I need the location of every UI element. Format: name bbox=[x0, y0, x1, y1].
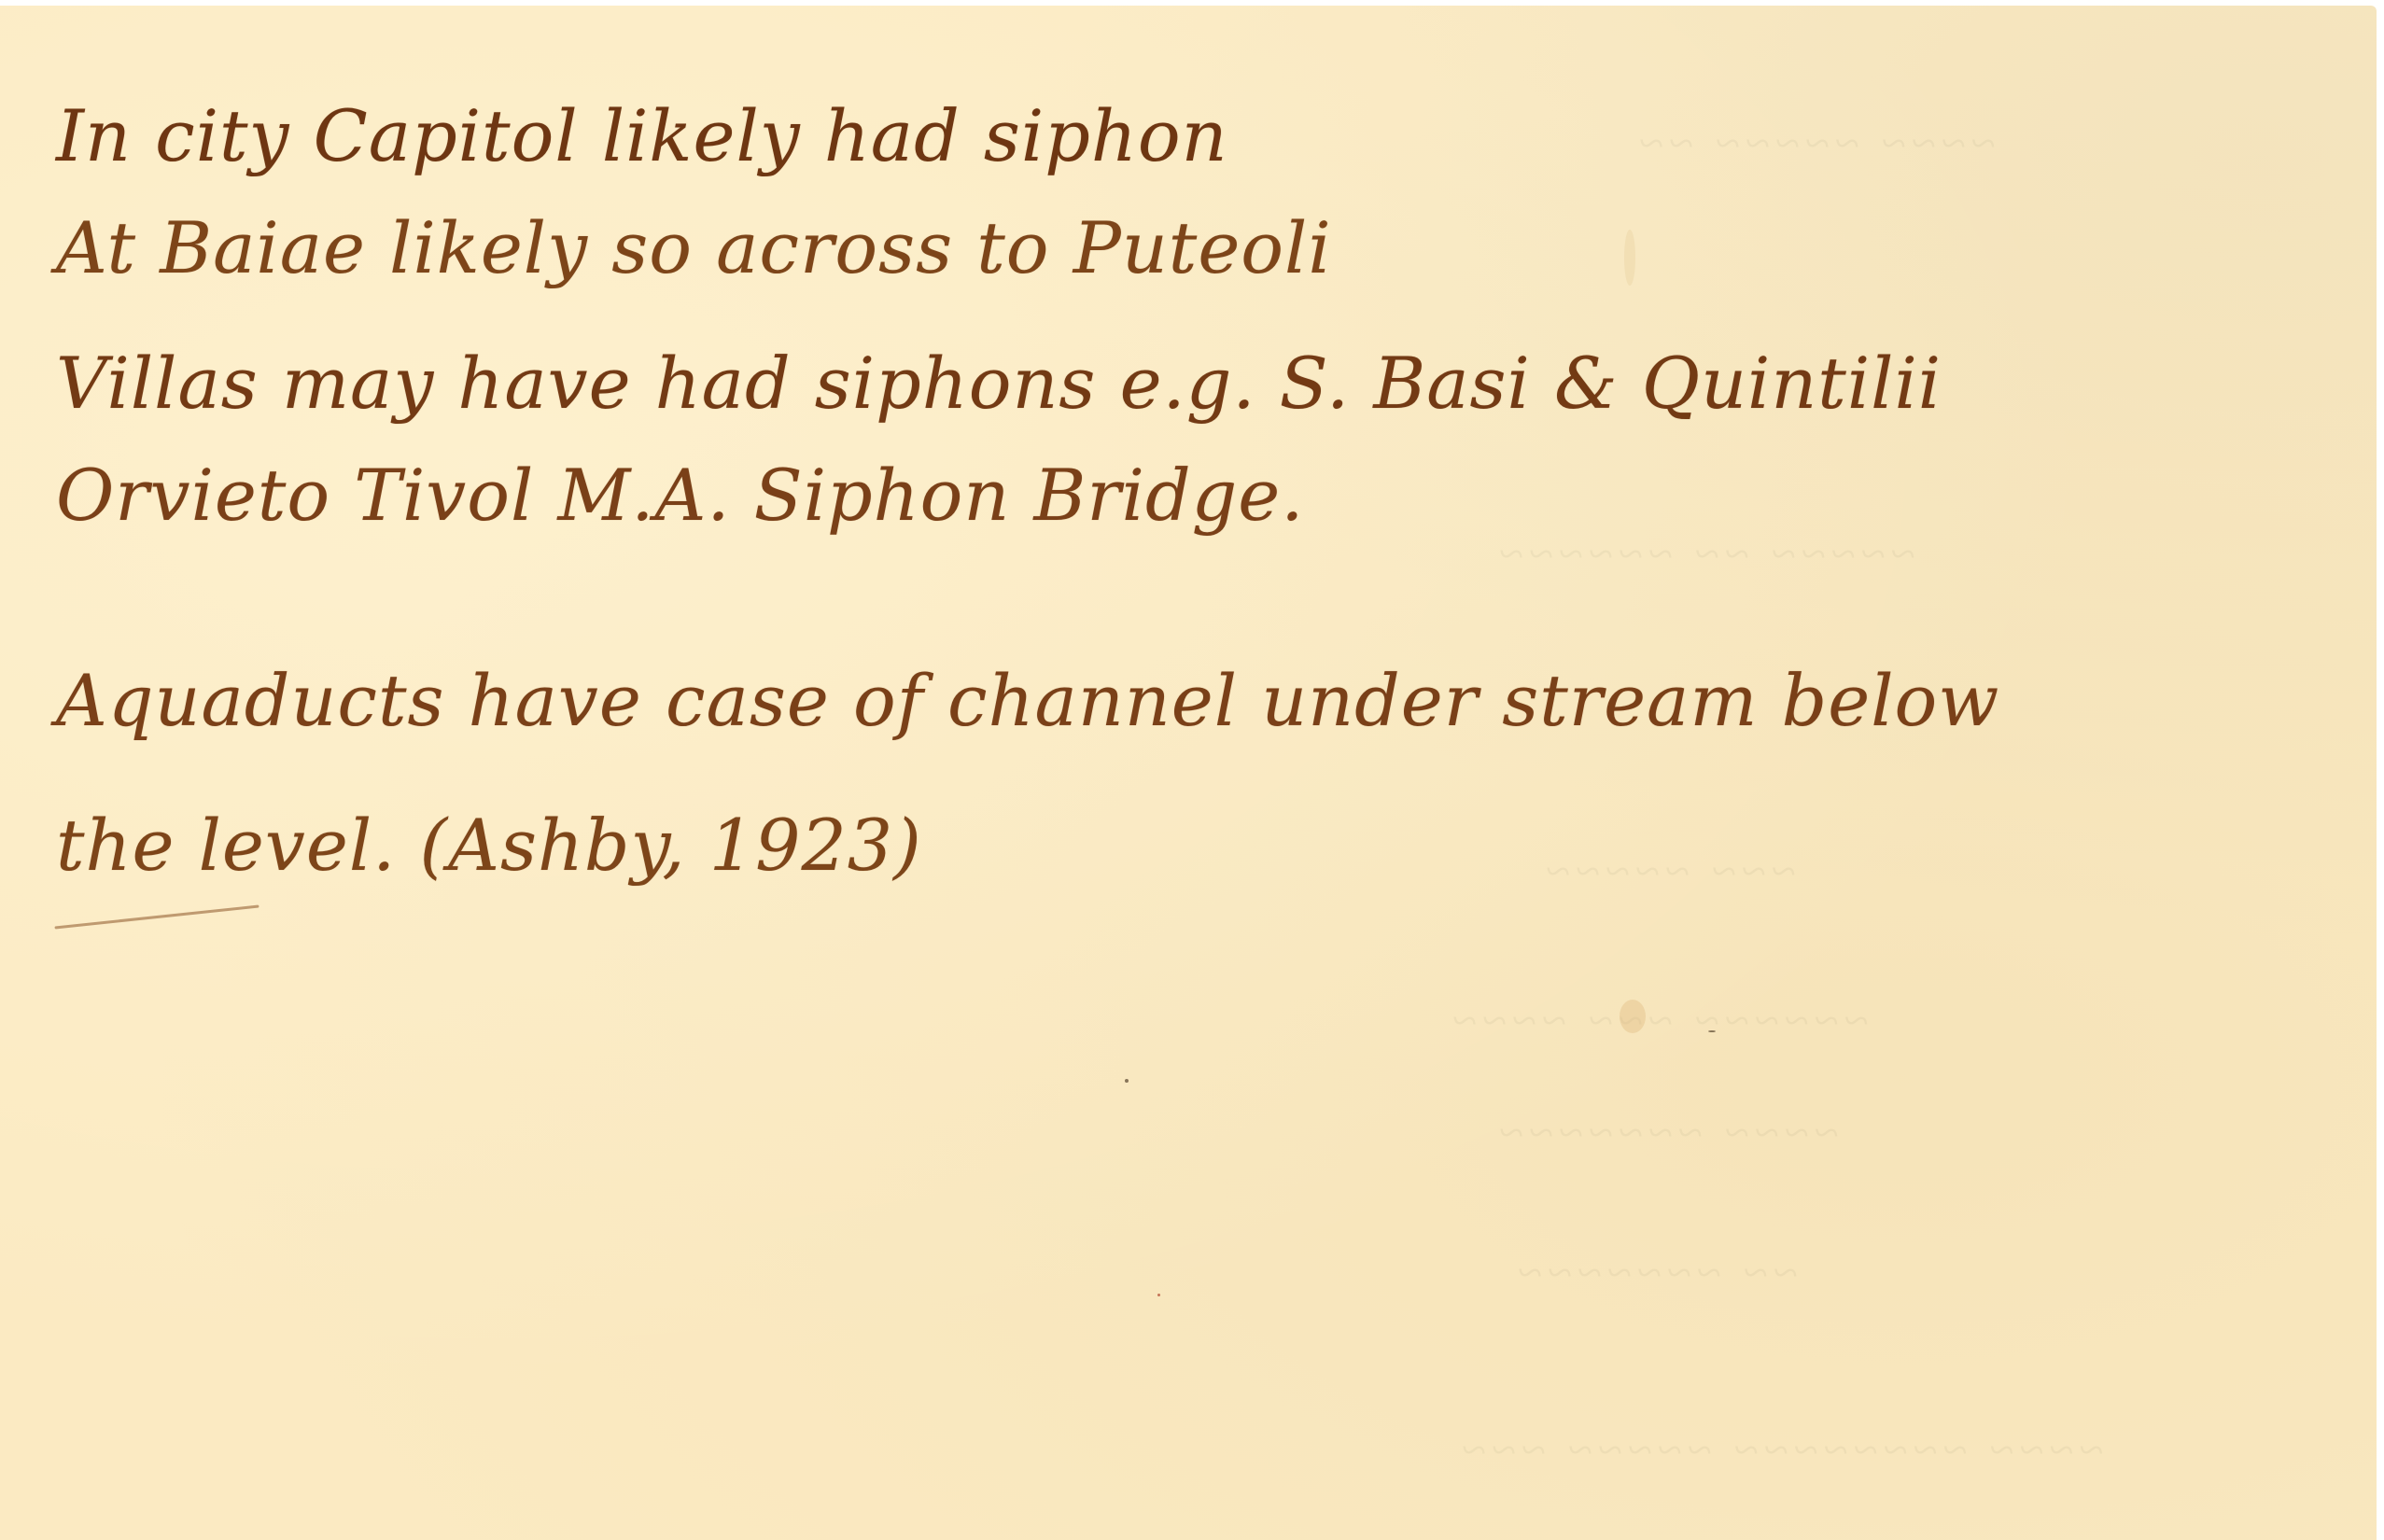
paper-speck bbox=[1708, 1030, 1716, 1032]
paper-stain bbox=[1620, 1000, 1646, 1033]
note-line-1: In city Capitol likely had siphon bbox=[56, 94, 1228, 177]
paper-stain bbox=[1624, 230, 1635, 286]
bleed-through-text: ~~~ ~~~~~ bbox=[1540, 846, 1796, 897]
note-line-2: At Baiae likely so across to Puteoli bbox=[56, 206, 1332, 289]
bleed-through-text: ~~~~ ~~~~~~~~ ~~~~~ ~~~ bbox=[1456, 1424, 2103, 1476]
index-card: ~~~~ ~~~~~ ~~ ~~~~~ ~~ ~~~~~~ ~~~ ~~~~~ … bbox=[0, 6, 2377, 1540]
underline-mark bbox=[54, 905, 259, 930]
note-line-6: the level. (Ashby, 1923) bbox=[56, 804, 922, 887]
bleed-through-text: ~~~~ ~~~~~ ~~ bbox=[1634, 118, 1996, 169]
paper-speck bbox=[1157, 1294, 1160, 1296]
note-line-3: Villas may have had siphons e.g. S. Basi… bbox=[56, 342, 1942, 425]
bleed-through-text: ~~~~ ~~~~~~~ bbox=[1494, 1107, 1839, 1158]
bleed-through-text: ~~~~~~ ~~~ ~~~~ bbox=[1447, 995, 1869, 1046]
note-line-4: Orvieto Tivol M.A. Siphon Bridge. bbox=[56, 454, 1304, 537]
bleed-through-text: ~~ ~~~~~~~ bbox=[1512, 1247, 1798, 1298]
note-line-5: Aquaducts have case of channel under str… bbox=[56, 659, 1999, 742]
bleed-through-text: ~~~~~ ~~ ~~~~~~ bbox=[1494, 528, 1915, 580]
paper-speck bbox=[1125, 1079, 1129, 1083]
